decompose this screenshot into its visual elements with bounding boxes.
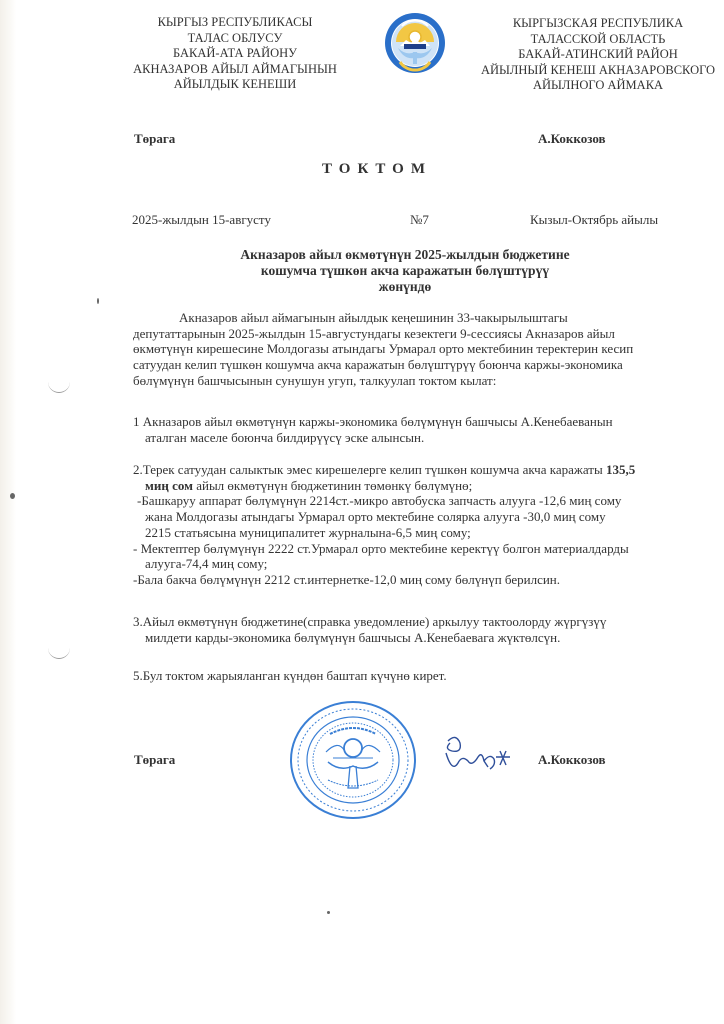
item-line: 3.Айыл өкмөтүнүн бюджетине(справка уведо… [133, 614, 723, 630]
scan-speck [327, 911, 330, 914]
header-line: АЙЫЛДЫК КЕНЕШИ [110, 77, 360, 93]
header-line: КЫРГЫЗСКАЯ РЕСПУБЛИКА [478, 16, 718, 32]
item-line: 1 Акназаров айыл өкмөтүнүн каржы-экономи… [133, 414, 723, 430]
allocation-line: -Бала бакча бөлүмүнүн 2212 ст.интернетке… [133, 572, 723, 588]
punch-hole-mark [48, 380, 70, 393]
item-line: аталган маселе боюнча билдирүүсү эске ал… [133, 430, 723, 446]
preamble-line: сатуудан келип түшкөн кошумча акча караж… [133, 357, 723, 373]
resolution-item-3: 3.Айыл өкмөтүнүн бюджетине(справка уведо… [133, 614, 723, 645]
item-line: миң сом айыл өкмөтүнүн бюджетинин төмөнк… [133, 478, 723, 494]
document-place: Кызыл-Октябрь айылы [530, 212, 658, 228]
subject-line: кошумча түшкөн акча каражатын бөлүштүрүү [160, 263, 650, 279]
preamble: Акназаров айыл аймагынын айылдык кеңешин… [133, 310, 723, 389]
document-number: №7 [410, 212, 429, 228]
chairman-name-signature: А.Коккозов [538, 752, 606, 768]
document-type-title: ТОКТОМ [0, 161, 724, 178]
preamble-line: өкмөтүнүн кирешесине Молдогазы атындагы … [133, 341, 723, 357]
item-line: милдети карды-экономика бөлүмүнүн башчыс… [133, 630, 723, 646]
chairman-title: Төрага [134, 131, 175, 147]
header-kyrgyz: КЫРГЫЗ РЕСПУБЛИКАСЫ ТАЛАС ОБЛУСУ БАКАЙ-А… [110, 15, 360, 93]
subject-line: Акназаров айыл өкмөтүнүн 2025-жылдын бюд… [160, 247, 650, 263]
resolution-item-1: 1 Акназаров айыл өкмөтүнүн каржы-экономи… [133, 414, 723, 445]
scan-speck [10, 493, 15, 499]
header-line: АЙЫЛНОГО АЙМАКА [478, 78, 718, 94]
preamble-line: депутаттарынын 2025-жылдын 15-августунда… [133, 326, 723, 342]
chairman-name: А.Коккозов [538, 131, 606, 147]
official-seal-icon [288, 700, 418, 820]
allocation-line: - Мектептер бөлүмүнүн 2222 ст.Урмарал ор… [133, 541, 723, 557]
item2-amount: 135,5 [606, 462, 635, 477]
header-line: БАКАЙ-АТА РАЙОНУ [110, 46, 360, 62]
chairman-title-signature: Төрага [134, 752, 175, 768]
header-line: ТАЛАССКОЙ ОБЛАСТЬ [478, 32, 718, 48]
document-subject: Акназаров айыл өкмөтүнүн 2025-жылдын бюд… [160, 247, 650, 295]
preamble-line: бөлүмүнүн башчысынын сунушун угуп, талку… [133, 373, 723, 389]
item2-text: 2.Терек сатуудан салыктык эмес кирешелер… [133, 462, 606, 477]
item-line: 5.Бул токтом жарыяланган күндөн баштап к… [133, 668, 723, 684]
resolution-item-2: 2.Терек сатуудан салыктык эмес кирешелер… [133, 462, 723, 588]
signature-icon [438, 733, 518, 778]
item2-amount-unit: миң сом [145, 478, 193, 493]
header-line: ТАЛАС ОБЛУСУ [110, 31, 360, 47]
header-russian: КЫРГЫЗСКАЯ РЕСПУБЛИКА ТАЛАССКОЙ ОБЛАСТЬ … [478, 16, 718, 94]
state-emblem-icon [384, 12, 446, 74]
allocation-line: жана Молдогазы атындагы Урмарал орто мек… [133, 509, 723, 525]
item2-text: айыл өкмөтүнүн бюджетинин төмөнкү бөлүмү… [193, 478, 472, 493]
allocation-line: -Башкаруу аппарат бөлүмүнүн 2214ст.-микр… [133, 493, 723, 509]
allocation-line: 2215 статьясына муниципалитет журналына-… [133, 525, 723, 541]
subject-line: жөнүндө [160, 279, 650, 295]
scan-page-edge [0, 0, 16, 1024]
item-line: 2.Терек сатуудан салыктык эмес кирешелер… [133, 462, 723, 478]
scan-speck [97, 298, 99, 304]
allocation-line: алууга-74,4 миң сому; [133, 556, 723, 572]
punch-hole-mark [48, 646, 70, 659]
preamble-line: Акназаров айыл аймагынын айылдык кеңешин… [133, 310, 723, 326]
header-line: КЫРГЫЗ РЕСПУБЛИКАСЫ [110, 15, 360, 31]
document-date: 2025-жылдын 15-августу [132, 212, 271, 228]
header-line: БАКАЙ-АТИНСКИЙ РАЙОН [478, 47, 718, 63]
header-line: АКНАЗАРОВ АЙЫЛ АЙМАГЫНЫН [110, 62, 360, 78]
header-line: АЙЫЛНЫЙ КЕНЕШ АКНАЗАРОВСКОГО [478, 63, 718, 79]
resolution-item-5: 5.Бул токтом жарыяланган күндөн баштап к… [133, 668, 723, 684]
